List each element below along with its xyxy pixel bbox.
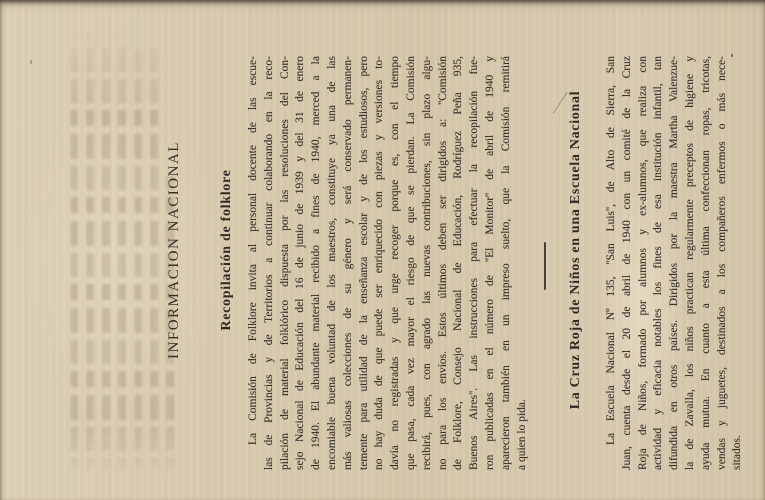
text-line: La Comisión de Folklore invita al person… (246, 56, 262, 470)
bleedthrough-line (70, 34, 78, 474)
text-line: encomiable buena voluntad de los maestro… (325, 56, 341, 470)
text-line: pilación de material folklórico dispuest… (278, 56, 294, 470)
scanned-page-viewport: INFORMACION NACIONAL Recopilación de fol… (0, 0, 765, 500)
bleedthrough-line (86, 26, 94, 474)
text-line: ron publicadas en el número de ''El Moni… (483, 56, 499, 470)
text-line: vendas y juguetes, destinados a los comp… (715, 56, 731, 470)
text-line: de Folklore, Consejo Nacional de Educaci… (451, 56, 467, 470)
text-line: que pasa, cada vez mayor el riesgo de qu… (404, 56, 420, 470)
ink-speck (30, 60, 32, 64)
scratch-mark (553, 92, 567, 114)
text-line: de 1940. El abundante material recibido … (309, 56, 325, 470)
bleedthrough-line (134, 50, 142, 474)
text-line: no para los envíos. Estos últimos deben … (436, 56, 452, 470)
ink-speck (731, 54, 733, 57)
text-line: la de Zavalla, los niños practican regul… (683, 56, 699, 470)
paragraph-cruz-roja: La Escuela Nacional Nº 135, ''San Luis''… (604, 56, 746, 470)
text-line: a quien lo pida. (515, 56, 531, 470)
text-line: las de Provincias y de Territorios a con… (262, 56, 278, 470)
bleedthrough-line (118, 29, 126, 474)
section-heading-cruz-roja: La Cruz Roja de Niños en una Escuela Nac… (568, 20, 584, 480)
section-divider-rule (544, 242, 546, 290)
text-line: Juan, cuenta desde el 20 de abril de 194… (620, 56, 636, 470)
page-title: INFORMACION NACIONAL (166, 20, 183, 480)
section-heading-recopilacion-de-folklore: Recopilación de folklore (219, 20, 235, 480)
text-line: ayuda mutua. En cuanto a esta última con… (699, 56, 715, 470)
text-line: Buenos Aires''. Las instrucciones para e… (467, 56, 483, 470)
text-line: actividad y eficacia notables los fines … (651, 56, 667, 470)
text-line: Roja de Niños, formado por alumnos y ex-… (636, 56, 652, 470)
text-line: aparecieron también en un impreso suelto… (499, 56, 515, 470)
bleedthrough-line (102, 42, 110, 474)
text-line: más valiosas colecciones de su género y … (341, 56, 357, 470)
text-line: no hay duda de que puede ser enriquecido… (372, 56, 388, 470)
paragraph-recopilacion: La Comisión de Folklore invita al person… (246, 56, 530, 470)
text-line: davía no registradas y que urge recoger … (388, 56, 404, 470)
text-line: La Escuela Nacional Nº 135, ''San Luis''… (604, 56, 620, 470)
text-line: sitados. (730, 56, 746, 470)
text-line: temente para utilidad de la enseñanza es… (357, 56, 373, 470)
text-line: difundida en otros países. Dirigidos por… (667, 56, 683, 470)
bleedthrough-line (150, 36, 158, 474)
book-page: INFORMACION NACIONAL Recopilación de fol… (0, 0, 765, 500)
text-line: recibirá, pues, con agrado las nuevas co… (420, 56, 436, 470)
text-line: sejo Nacional de Educación del 16 de jun… (293, 56, 309, 470)
